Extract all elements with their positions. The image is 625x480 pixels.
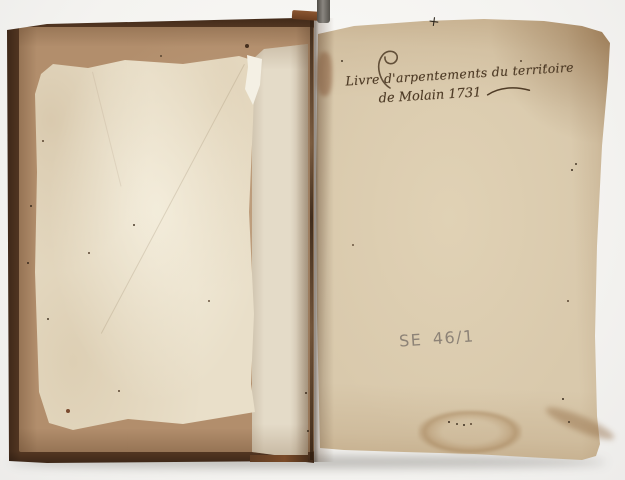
metal-clasp-icon [317,0,330,23]
title-line2-text: de Molain 1731 [378,84,482,108]
gutter-shadow [296,18,334,462]
ink-swash-icon [485,83,532,103]
scanned-book-photo: + Livre d'arpentements du territoire de … [0,0,625,480]
pasted-paper-panel [33,52,257,430]
water-stain [418,410,522,454]
cross-mark: + [427,13,441,30]
right-page-specks [0,0,2,2]
spine-foot-leather [250,455,308,462]
spine-line [310,20,313,460]
